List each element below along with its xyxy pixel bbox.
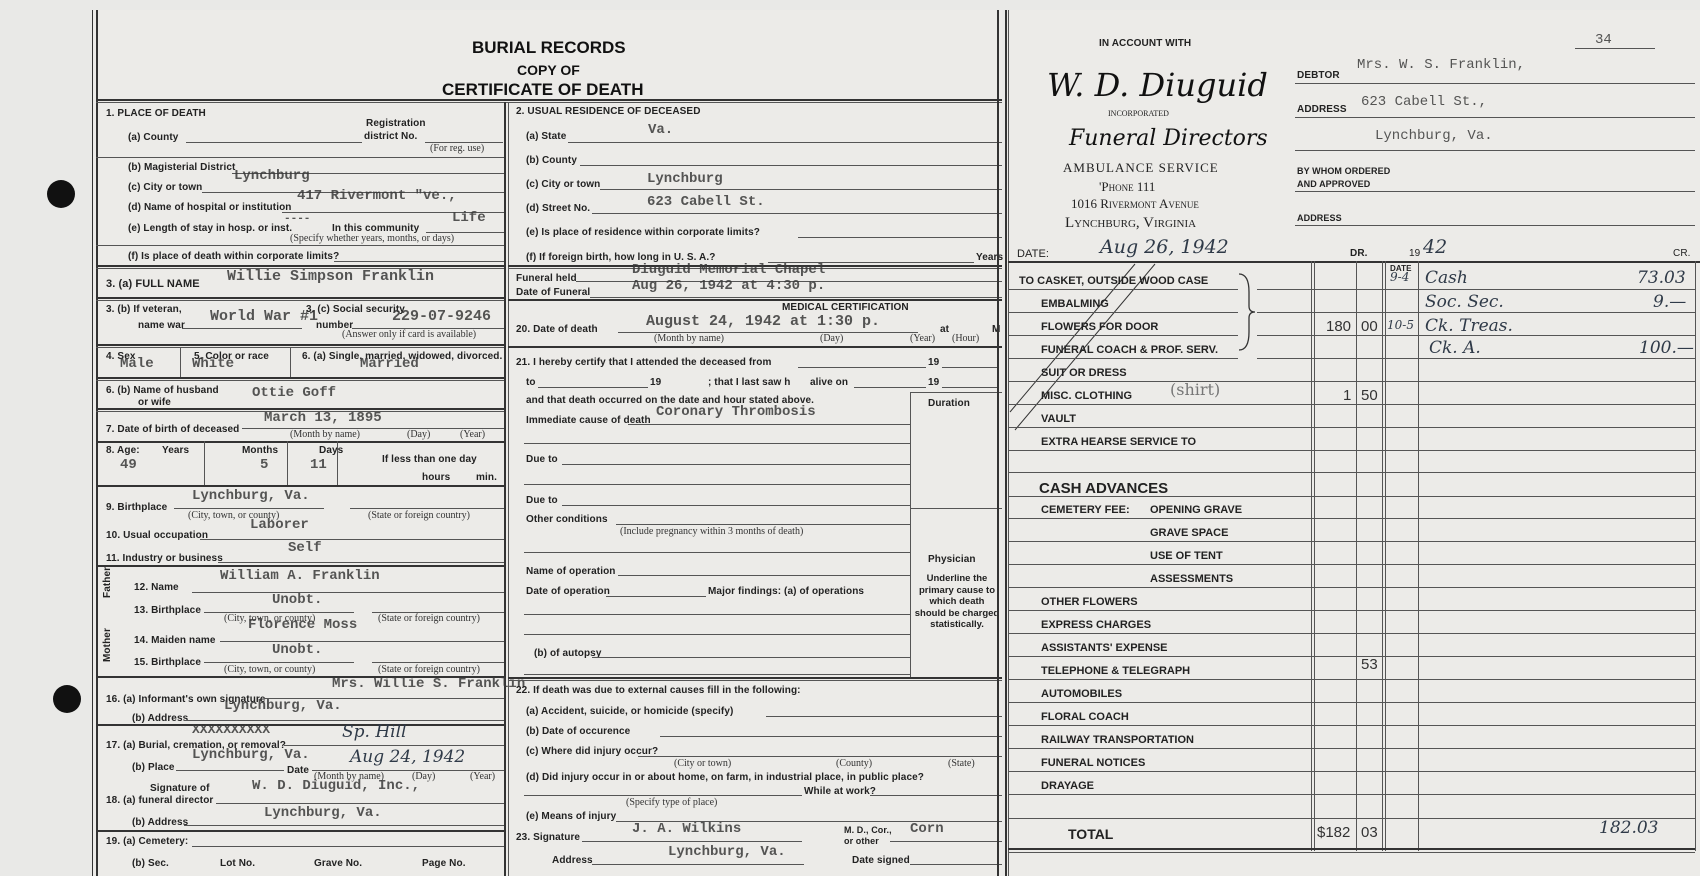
approved-by-label: AND APPROVED xyxy=(1297,179,1370,189)
corporate-limits-label: (f) Is place of death within corporate l… xyxy=(128,251,339,262)
funeral-date-value: Aug 26, 1942 at 4:30 p. xyxy=(632,278,825,294)
birthplace-label: 9. Birthplace xyxy=(106,502,167,513)
ssn-value: 229-07-9246 xyxy=(392,308,491,325)
in-account-with-label: IN ACCOUNT WITH xyxy=(1099,38,1191,49)
scanned-record-sheet: BURIAL RECORDS COPY OF CERTIFICATE OF DE… xyxy=(0,0,1700,876)
incorporated-label: INCORPORATED xyxy=(1108,109,1169,118)
place-type-note: (Specify type of place) xyxy=(626,797,717,808)
occurrence-date-field[interactable] xyxy=(660,736,1002,737)
lot-label: Lot No. xyxy=(220,858,255,869)
magisterial-label: (b) Magisterial District xyxy=(128,162,235,173)
cemetery-fee-label: CEMETERY FEE: xyxy=(1041,504,1130,516)
medical-certification-heading: MEDICAL CERTIFICATION xyxy=(782,302,909,313)
birthplace-state-note: (State or foreign country) xyxy=(368,510,470,521)
death-day-note: (Day) xyxy=(820,333,843,344)
total-cents: 03 xyxy=(1361,824,1378,841)
mother-name-field[interactable] xyxy=(220,641,504,642)
street-address-label: 1016 Rivermont Avenue xyxy=(1071,196,1199,212)
burial-place-label: (b) Place xyxy=(132,762,175,773)
debtor-address-value: 623 Cabell St., xyxy=(1361,94,1487,110)
md-label: M. D., Cor., xyxy=(844,825,892,835)
age-months-value: 5 xyxy=(260,457,268,473)
death-certificate-page: BURIAL RECORDS COPY OF CERTIFICATE OF DE… xyxy=(92,10,1002,876)
while-at-work-label: While at work? xyxy=(804,786,876,797)
death-hour-note: (Hour) xyxy=(952,333,979,344)
residence-heading: 2. USUAL RESIDENCE OF DECEASED xyxy=(516,106,701,117)
debtor-value: Mrs. W. S. Franklin, xyxy=(1357,57,1525,73)
funeral-director-label-2: 18. (a) funeral director xyxy=(106,795,213,806)
physician-signature-value: J. A. Wilkins xyxy=(632,821,741,837)
age-years-label: Years xyxy=(162,445,189,456)
alive-on-label: alive on xyxy=(810,377,848,388)
autopsy-field[interactable] xyxy=(592,657,910,658)
director-address-label: (b) Address xyxy=(132,817,188,828)
cause-field[interactable] xyxy=(628,424,910,425)
funeral-date-label: Date of Funeral xyxy=(516,287,590,298)
operation-name-field[interactable] xyxy=(618,575,910,576)
total-dollars: $182 xyxy=(1317,824,1350,841)
burial-type-handwritten: Sp. Hill xyxy=(342,722,406,742)
flowers-door-credit-note: Ck. Treas. xyxy=(1425,316,1513,336)
full-name-label: 3. (a) FULL NAME xyxy=(106,278,200,290)
residence-county-field[interactable] xyxy=(580,165,1002,166)
father-name-label: 12. Name xyxy=(134,582,179,593)
industry-field[interactable] xyxy=(218,562,504,563)
name-war-label: name war xyxy=(138,320,185,331)
operation-date-field[interactable] xyxy=(606,596,706,597)
credit-column-label: CR. xyxy=(1673,248,1691,259)
date-signed-label: Date signed xyxy=(852,855,910,866)
funeral-coach-credit-amount: 100.— xyxy=(1639,338,1694,358)
cause-value: Coronary Thrombosis xyxy=(656,404,816,420)
residence-state-field[interactable] xyxy=(568,142,1002,143)
mother-state-note: (State or foreign country) xyxy=(378,664,480,675)
residence-city-field[interactable] xyxy=(600,189,1002,190)
foreign-years-label: Years xyxy=(976,252,1003,263)
other-conditions-label: Other conditions xyxy=(526,514,608,525)
residence-street-value: 623 Cabell St. xyxy=(647,194,765,210)
residence-street-field[interactable] xyxy=(592,213,1002,214)
at-label: at xyxy=(940,324,949,335)
informant-address-value: Lynchburg, Va. xyxy=(224,698,342,714)
total-credit: 182.03 xyxy=(1599,818,1658,838)
ssn-label: 3. (c) Social security xyxy=(306,304,405,315)
place-of-death-heading: 1. PLACE OF DEATH xyxy=(106,108,206,119)
injury-county-note: (County) xyxy=(836,758,872,769)
certificate-title: CERTIFICATE OF DEATH xyxy=(442,80,643,100)
death-date-value: August 24, 1942 at 1:30 p. xyxy=(646,313,880,330)
veteran-label: 3. (b) If veteran, xyxy=(106,304,182,315)
district-label: district No. xyxy=(364,131,417,142)
injury-state-note: (State) xyxy=(948,758,975,769)
dob-month-note: (Month by name) xyxy=(290,429,360,440)
dob-label: 7. Date of birth of deceased xyxy=(106,424,239,435)
physician-address-field[interactable] xyxy=(592,864,804,865)
orderer-address-field[interactable] xyxy=(1295,225,1695,226)
spouse-label: 6. (b) Name of husband xyxy=(106,385,219,396)
full-name-value: Willie Simpson Franklin xyxy=(227,268,434,285)
residence-city-label: (c) City or town xyxy=(526,179,600,190)
cash-advances-heading: CASH ADVANCES xyxy=(1039,480,1168,497)
stay-note: (Specify whether years, months, or days) xyxy=(290,233,454,244)
burial-place-value: Lynchburg, Va. xyxy=(192,747,310,763)
death-year-note: (Year) xyxy=(910,333,935,344)
physician-signature-label: 23. Signature xyxy=(516,832,580,843)
race-value: White xyxy=(192,356,234,372)
casket-credit-note: Cash xyxy=(1425,268,1468,288)
mother-birthplace-label: 15. Birthplace xyxy=(134,657,201,668)
or-other-label: or other xyxy=(844,836,879,846)
funeral-director-field[interactable] xyxy=(216,803,504,804)
occupation-value: Laborer xyxy=(250,517,309,533)
debtor-label: DEBTOR xyxy=(1297,70,1340,81)
cemetery-field[interactable] xyxy=(192,846,504,847)
page-label: Page No. xyxy=(422,858,466,869)
mother-city-note: (City, town, or county) xyxy=(224,664,315,675)
burial-type-struck: XXXXXXXXXX xyxy=(192,722,270,737)
injury-location-type-field[interactable] xyxy=(524,795,802,796)
ssn-note: (Answer only if card is available) xyxy=(342,329,476,340)
nineteen-label-1: 19 xyxy=(928,357,939,368)
city-label: Lynchburg, Virginia xyxy=(1065,215,1196,232)
father-birthplace-label: 13. Birthplace xyxy=(134,605,201,616)
flowers-door-cents: 00 xyxy=(1361,318,1378,335)
residence-state-label: (a) State xyxy=(526,131,566,142)
birthplace-value: Lynchburg, Va. xyxy=(192,488,310,504)
less-than-day-label: If less than one day xyxy=(382,454,477,465)
ledger-date-value: Aug 26, 1942 xyxy=(1100,236,1229,258)
orderer-address-label: ADDRESS xyxy=(1297,213,1342,223)
funeral-directors-tagline: Funeral Directors xyxy=(1069,126,1268,151)
injury-place-field[interactable] xyxy=(638,756,1002,757)
date-signed-field[interactable] xyxy=(910,864,1002,865)
service-brace xyxy=(1237,272,1257,352)
funeral-ledger-page: IN ACCOUNT WITH W. D. Diuguid INCORPORAT… xyxy=(1005,10,1700,876)
cemetery-label: 19. (a) Cemetery: xyxy=(106,836,188,847)
physician-signature-field[interactable] xyxy=(582,841,802,842)
ordered-by-field[interactable] xyxy=(1295,191,1695,192)
ambulance-service-label: AMBULANCE SERVICE xyxy=(1063,160,1219,176)
pregnancy-note: (Include pregnancy within 3 months of de… xyxy=(620,526,803,537)
birthplace-state-field[interactable] xyxy=(350,508,504,509)
reg-use-note: (For reg. use) xyxy=(430,143,484,154)
county-label: (a) County xyxy=(128,132,178,143)
corporate-limits-field[interactable] xyxy=(334,261,504,262)
binder-hole-top xyxy=(47,180,75,208)
casket-credit-date: 9-4 xyxy=(1390,270,1409,284)
physician-note: Underline the primary cause to which dea… xyxy=(914,573,1000,631)
dob-year-note: (Year) xyxy=(460,429,485,440)
mother-name-value: Florence Moss xyxy=(248,617,357,633)
death-date-label: 20. Date of death xyxy=(516,324,598,335)
burial-date-handwritten: Aug 24, 1942 xyxy=(350,747,465,767)
industry-label: 11. Industry or business xyxy=(106,553,223,564)
hospital-value: 417 Rivermont "ve., xyxy=(297,188,457,204)
age-days-value: 11 xyxy=(310,457,327,473)
birthplace-city-field[interactable] xyxy=(174,508,324,509)
dob-value: March 13, 1895 xyxy=(264,410,382,426)
accident-field[interactable] xyxy=(766,716,1002,717)
death-city-label: (c) City or town xyxy=(128,182,202,193)
injury-location-type-label: (d) Did injury occur in or about home, o… xyxy=(526,772,924,783)
due-to-field-2[interactable] xyxy=(562,505,910,506)
hours-label: hours xyxy=(422,472,450,483)
ledger-date-label: DATE: xyxy=(1017,248,1049,260)
external-causes-heading: 22. If death was due to external causes … xyxy=(516,685,801,696)
ledger-page-number: 34 xyxy=(1595,32,1612,48)
phone-label: 'Phone 111 xyxy=(1099,179,1155,195)
ordered-by-label: BY WHOM ORDERED xyxy=(1297,166,1390,176)
age-label: 8. Age: xyxy=(106,445,140,456)
funeral-coach-credit-note: Ck. A. xyxy=(1429,338,1481,358)
veteran-war-field[interactable] xyxy=(182,328,302,329)
funeral-held-label: Funeral held xyxy=(516,273,577,284)
min-label: min. xyxy=(476,472,497,483)
physician-address-label: Address xyxy=(552,855,593,866)
company-name: W. D. Diuguid xyxy=(1047,66,1268,104)
death-city-value: Lynchburg xyxy=(234,168,310,184)
marital-value: Married xyxy=(360,356,419,372)
residence-city-value: Lynchburg xyxy=(647,171,723,187)
occupation-field[interactable] xyxy=(200,539,504,540)
debtor-address-field[interactable] xyxy=(1295,117,1695,118)
debtor-address-label: ADDRESS xyxy=(1297,104,1347,115)
operation-date-label: Date of operation xyxy=(526,586,610,597)
funeral-date-field[interactable] xyxy=(590,297,1002,298)
other-conditions-field[interactable] xyxy=(616,524,910,525)
residence-corporate-label: (e) Is place of residence within corpora… xyxy=(526,227,760,238)
veteran-war-value: World War #1 xyxy=(210,308,318,325)
age-days-label: Days xyxy=(319,445,343,456)
flowers-door-credit-date: 10-5 xyxy=(1387,318,1414,332)
operation-name-label: Name of operation xyxy=(526,566,616,577)
occurrence-date-label: (b) Date of occurence xyxy=(526,726,630,737)
informant-address-field[interactable] xyxy=(184,720,504,721)
sex-value: Male xyxy=(120,356,154,372)
grave-label: Grave No. xyxy=(314,858,362,869)
sec-label: (b) Sec. xyxy=(132,858,169,869)
burial-year-note: (Year) xyxy=(470,771,495,782)
total-label: TOTAL xyxy=(1068,826,1113,842)
stay-label: (e) Length of stay in hosp. or inst. xyxy=(128,223,292,234)
means-of-injury-label: (e) Means of injury xyxy=(526,811,616,822)
embalming-credit-note: Soc. Sec. xyxy=(1425,292,1504,312)
burial-records-title: BURIAL RECORDS xyxy=(472,38,626,58)
injury-city-note: (City or town) xyxy=(674,758,731,769)
father-state-note: (State or foreign country) xyxy=(378,613,480,624)
father-name-field[interactable] xyxy=(192,592,504,593)
due-to-label-1: Due to xyxy=(526,454,558,465)
mother-birthplace-value: Unobt. xyxy=(272,642,322,658)
debtor-city-value: Lynchburg, Va. xyxy=(1375,128,1493,144)
physician-box-title: Physician xyxy=(928,554,976,565)
findings-label: Major findings: (a) of operations xyxy=(708,586,864,597)
misc-clothing-dollars: 1 xyxy=(1343,387,1351,404)
flowers-door-dollars: 180 xyxy=(1326,318,1351,335)
father-name-value: William A. Franklin xyxy=(220,568,380,584)
age-months-label: Months xyxy=(242,445,278,456)
informant-address-label: (b) Address xyxy=(132,713,188,724)
physician-address-value: Lynchburg, Va. xyxy=(668,844,786,860)
stay-value: ---- xyxy=(284,213,310,225)
copy-of-label: COPY OF xyxy=(517,62,580,78)
residence-county-label: (b) County xyxy=(526,155,577,166)
mother-name-label: 14. Maiden name xyxy=(134,635,216,646)
due-to-label-2: Due to xyxy=(526,495,558,506)
burial-date-label: Date xyxy=(287,765,309,776)
death-month-note: (Month by name) xyxy=(654,333,724,344)
duration-label: Duration xyxy=(928,398,970,409)
last-saw-text: ; that I last saw h xyxy=(708,377,790,388)
father-label: Father xyxy=(102,567,113,598)
father-birthplace-value: Unobt. xyxy=(272,592,322,608)
burial-type-field[interactable] xyxy=(284,745,504,746)
embalming-credit-amount: 9.— xyxy=(1653,292,1686,312)
nineteen-label-3: 19 xyxy=(928,377,939,388)
informant-signature-value: Mrs. Willie S. Franklin xyxy=(332,676,525,692)
debtor-field[interactable] xyxy=(1295,83,1695,84)
binder-hole-bottom xyxy=(53,685,81,713)
due-to-field-1[interactable] xyxy=(562,464,910,465)
debit-column-label: DR. xyxy=(1350,248,1368,259)
dob-day-note: (Day) xyxy=(407,429,430,440)
hospital-label: (d) Name of hospital or institution xyxy=(128,202,292,213)
registration-label: Registration xyxy=(366,118,426,129)
funeral-held-value: Diuguid Memorial Chapel xyxy=(632,262,825,278)
md-value: Corn xyxy=(910,821,944,837)
casket-credit-amount: 73.03 xyxy=(1637,268,1686,288)
burial-place-field[interactable] xyxy=(176,770,284,771)
funeral-director-label-1: Signature of xyxy=(150,783,210,794)
spouse-label-2: or wife xyxy=(138,397,171,408)
community-value: Life xyxy=(452,210,486,226)
while-at-work-field[interactable] xyxy=(870,795,1002,796)
county-field[interactable] xyxy=(186,142,362,143)
misc-clothing-annotation: (shirt) xyxy=(1170,380,1220,399)
residence-state-value: Va. xyxy=(648,122,673,138)
to-label: to xyxy=(526,377,536,388)
spouse-value: Ottie Goff xyxy=(252,385,336,401)
director-address-value: Lynchburg, Va. xyxy=(264,805,382,821)
age-years-value: 49 xyxy=(120,457,137,473)
year-value: 42 xyxy=(1423,236,1447,258)
residence-corporate-field[interactable] xyxy=(798,237,1002,238)
misc-clothing-cents: 50 xyxy=(1361,387,1378,404)
certify-text: 21. I hereby certify that I attended the… xyxy=(516,357,771,368)
mother-label: Mother xyxy=(102,628,113,662)
occupation-label: 10. Usual occupation xyxy=(106,530,208,541)
funeral-director-value: W. D. Diuguid, Inc., xyxy=(252,778,420,794)
accident-label: (a) Accident, suicide, or homicide (spec… xyxy=(526,706,733,717)
year-prefix: 19 xyxy=(1409,248,1420,259)
industry-value: Self xyxy=(288,540,322,556)
residence-street-label: (d) Street No. xyxy=(526,203,590,214)
nineteen-label-2: 19 xyxy=(650,377,661,388)
telephone-cents: 53 xyxy=(1361,656,1378,673)
